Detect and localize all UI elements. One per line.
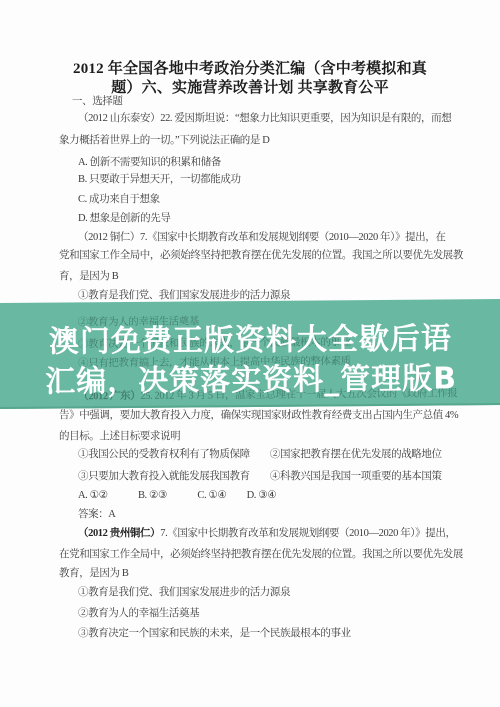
text-line: ②教育为人的幸福生活奠基 xyxy=(78,605,199,620)
text-line: （2012 贵州铜仁）7.《国家中长期教育改革和发展规划纲要（2010—2020… xyxy=(78,525,456,540)
text-line: 教育，是因为 B xyxy=(59,565,128,580)
text-line: 一、选择题 xyxy=(72,93,123,108)
text-line: 象力概括着世界上的一切。”下列说法正确的是 D xyxy=(59,132,269,147)
watermark-band: ②教育为人的幸福生活奠基③教育决定一个国家和民族的未来，是一个民族最根本的事业④… xyxy=(0,299,500,409)
text-line: 在党和国家工作全局中，必须始终坚持把教育摆在优先发展的位置。我国之所以要优先发展 xyxy=(59,546,463,561)
text-line: 答案：A xyxy=(78,506,115,521)
text-line: ③教育决定一个国家和民族的未来，是一个民族最根本的事业 xyxy=(78,625,351,640)
text-line: ①我国公民的受教育权利有了物质保障 ②国家把教育摆在优先发展的战略地位 xyxy=(78,446,442,461)
text-line: C. 成功来自于想象 xyxy=(78,191,160,206)
text-line: 告》中强调，要加大教育投入力度，确保实现国家财政性教育经费支出占国内生产总值 4… xyxy=(59,407,458,422)
text-line: D. 想象是创新的先导 xyxy=(78,210,170,225)
document-title-line-1: 2012 年全国各地中考政治分类汇编（含中考模拟和真 xyxy=(0,60,500,79)
text-line: A. ①② B. ②③ C. ①④ D. ③④ xyxy=(78,487,276,502)
text-line: 育，是因为 B xyxy=(59,268,118,283)
document-page: 2012 年全国各地中考政治分类汇编（含中考模拟和真 题）六、实施营养改善计划 … xyxy=(0,0,500,707)
text-line: ①教育是我们党、我们国家发展进步的活力源泉 xyxy=(78,584,290,599)
text-line: B. 只要敢于异想天开，一切都能成功 xyxy=(78,171,241,186)
text-line: （2012 铜仁）7.《国家中长期教育改革和发展规划纲要（2010—2020 年… xyxy=(78,229,445,244)
text-line: 的目标。上述目标要求说明 xyxy=(59,428,180,443)
text-line: 党和国家工作全局中，必须始终坚持把教育摆在优先发展的位置。我国之所以要优先发展教 xyxy=(59,247,463,262)
text-line: （2012 山东泰安）22. 爱因斯坦说：“想象力比知识更重要，因为知识是有限的… xyxy=(78,110,451,125)
text-line: ①教育是我们党、我们国家发展进步的活力源泉 xyxy=(78,287,290,302)
text-line-bold-prefix: （2012 贵州铜仁） xyxy=(78,528,160,539)
watermark-text-line-2: 汇编，决策落实资料_管理版B xyxy=(45,353,457,400)
text-line: ③只要加大教育投入就能发展我国教育 ④科教兴国是我国一项重要的基本国策 xyxy=(78,468,442,483)
text-line: A. 创新不需要知识的积累和储备 xyxy=(78,154,221,169)
